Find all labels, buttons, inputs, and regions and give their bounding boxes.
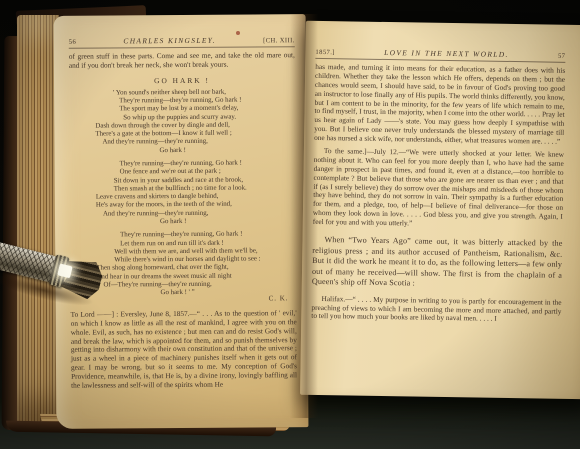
left-head-rule <box>69 46 295 49</box>
poem: ' Yon sound's neither sheep bell nor bar… <box>95 88 296 304</box>
right-date-label: 1857.] <box>315 49 335 56</box>
left-chapter-label: [CH. XIII. <box>263 37 295 44</box>
left-continuation-paragraph: of green stuff in these parts. Come and … <box>69 51 295 70</box>
poem-stanza-1: ' Yon sound's neither sheep bell nor bar… <box>95 88 295 156</box>
poem-stanza-2: They're running—they're running, Go hark… <box>96 159 296 227</box>
right-continuation-paragraph: has made, and turning it into means for … <box>314 63 565 147</box>
page-speck <box>236 31 240 35</box>
poem-line: Go hark ! <box>160 217 296 226</box>
right-narrative-paragraph: When “Two Years Ago” came out, it was bi… <box>312 235 563 291</box>
poem-title: GO HARK ! <box>69 75 295 86</box>
right-page-number: 57 <box>558 53 566 60</box>
right-second-letter: To the same.]—July 12.—“We were utterly … <box>313 147 564 231</box>
halifax-letter: Halifax.—“ . . . . My purpose in writing… <box>311 294 561 325</box>
right-page-content: 1857.] LOVE IN THE NEXT WORLD. 57 has ma… <box>311 47 565 325</box>
right-page: 1857.] LOVE IN THE NEXT WORLD. 57 has ma… <box>300 21 580 400</box>
left-running-title: CHARLES KINGSLEY. <box>123 36 216 46</box>
left-page-number: 56 <box>69 39 76 46</box>
left-running-head: 56 CHARLES KINGSLEY. [CH. XIII. <box>69 35 295 46</box>
poem-line: Go hark ! <box>159 146 295 155</box>
left-page: 56 CHARLES KINGSLEY. [CH. XIII. of green… <box>54 14 309 429</box>
book-photograph: 56 CHARLES KINGSLEY. [CH. XIII. of green… <box>0 0 580 449</box>
page-block-fore-edge <box>17 15 59 429</box>
left-letter-paragraph: To Lord ——] : Eversley, June 8, 1857.—“ … <box>71 309 298 391</box>
poem-stanza-3: They're running—they're running, Go hark… <box>96 230 296 298</box>
right-running-title: LOVE IN THE NEXT WORLD. <box>384 48 509 59</box>
left-page-content: 56 CHARLES KINGSLEY. [CH. XIII. of green… <box>69 35 297 391</box>
